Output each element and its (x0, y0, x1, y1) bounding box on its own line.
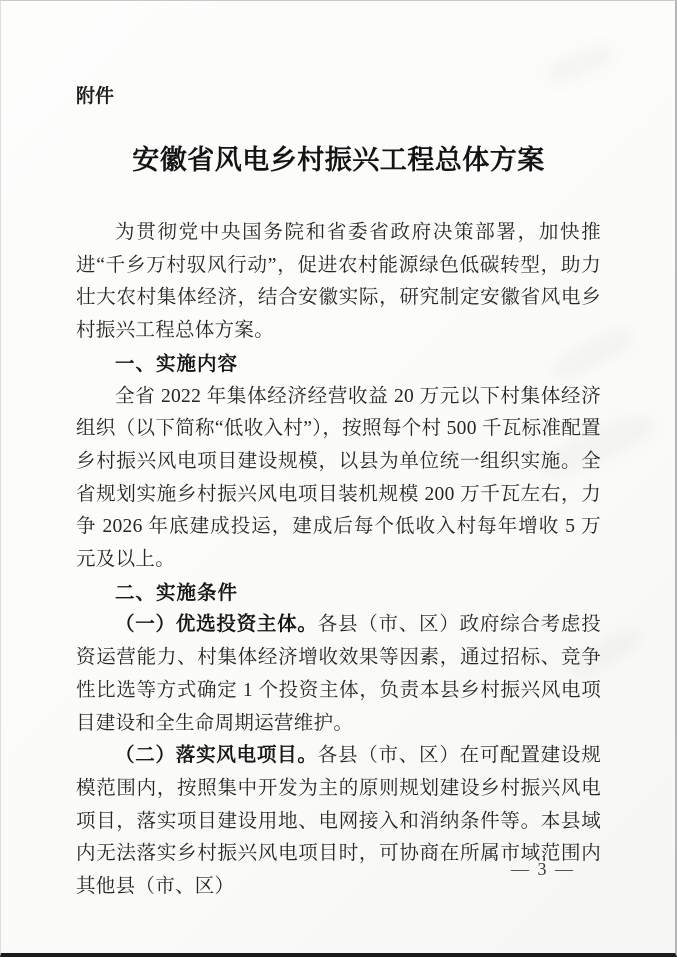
attachment-label: 附件 (76, 87, 601, 107)
scanned-document-page: 附件 安徽省风电乡村振兴工程总体方案 为贯彻党中央国务院和省委省政府决策部署，加… (0, 0, 677, 957)
section-2-heading: 二、实施条件 (76, 577, 601, 610)
intro-paragraph: 为贯彻党中央国务院和省委省政府决策部署，加快推进“千乡万村驭风行动”，促进农村能… (76, 217, 601, 348)
page-content: 附件 安徽省风电乡村振兴工程总体方案 为贯彻党中央国务院和省委省政府决策部署，加… (1, 1, 675, 904)
item-2-lead: （二）落实风电项目。 (115, 745, 318, 766)
section-2-item-1: （一）优选投资主体。各县（市、区）政府综合考虑投资运营能力、村集体经济增收效果等… (76, 609, 601, 740)
item-1-lead: （一）优选投资主体。 (115, 614, 318, 635)
document-title: 安徽省风电乡村振兴工程总体方案 (76, 145, 601, 175)
document-body: 为贯彻党中央国务院和省委省政府决策部署，加快推进“千乡万村驭风行动”，促进农村能… (76, 217, 601, 904)
section-1-paragraph: 全省 2022 年集体经济经营收益 20 万元以下村集体经济组织（以下简称“低收… (76, 381, 601, 577)
section-1-heading: 一、实施内容 (76, 348, 601, 381)
page-number: — 3 — (511, 859, 575, 880)
